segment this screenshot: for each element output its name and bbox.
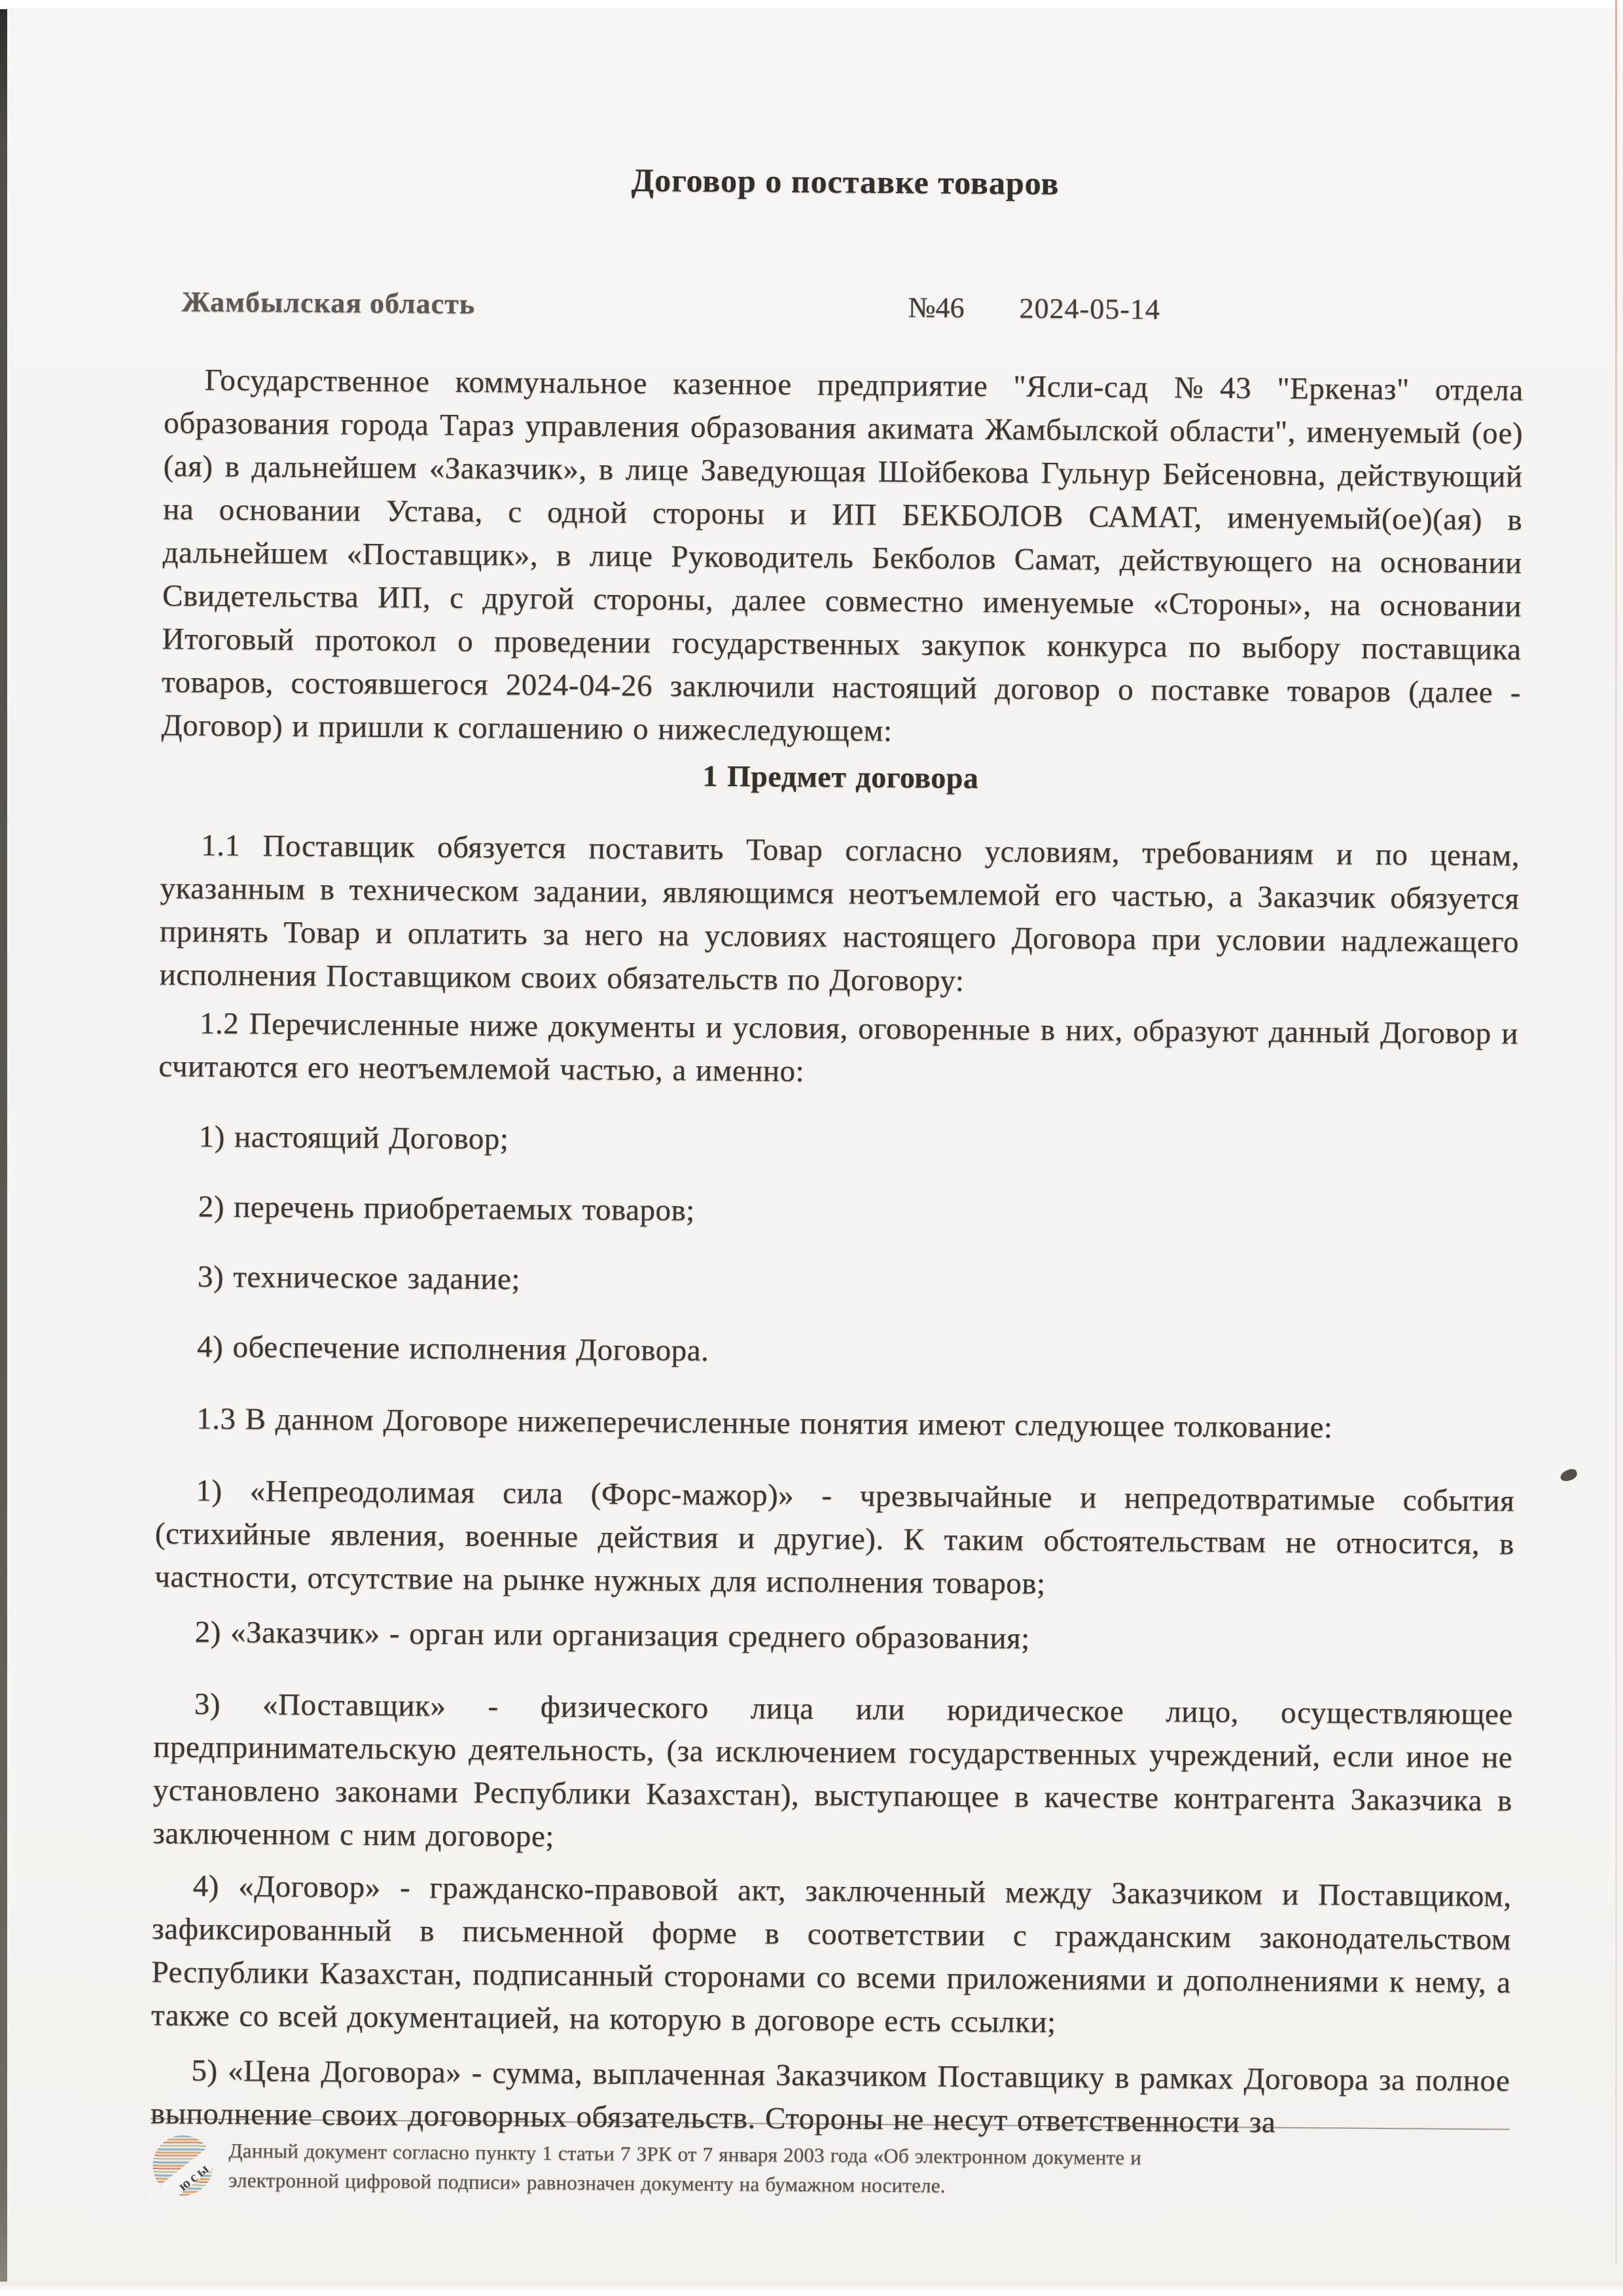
definition-item: 2) «Заказчик» - орган или организация ср… bbox=[154, 1610, 1513, 1664]
definition-item: 4) «Договор» - гражданско-правовой акт, … bbox=[151, 1864, 1512, 2047]
doc-number: №46 bbox=[908, 289, 964, 327]
documents-list-item: 1) настоящий Договор; bbox=[158, 1115, 1517, 1168]
meta-row: Жамбылская область №46 2024-05-14 bbox=[164, 283, 1524, 331]
definition-item: 3) «Поставщик» - физического лица или юр… bbox=[152, 1682, 1513, 1865]
section-1-heading: 1 Предмет договора bbox=[161, 750, 1520, 804]
scanned-contract-page: Договор о поставке товаров Жамбылская об… bbox=[0, 0, 1623, 2296]
doc-date: 2024-05-14 bbox=[1019, 290, 1160, 329]
scan-bottom-edge bbox=[0, 2282, 1623, 2296]
meta-region: Жамбылская область bbox=[181, 283, 475, 323]
intro-paragraph: Государственное коммунальное казенное пр… bbox=[161, 358, 1524, 757]
clause-1-3: 1.3 В данном Договоре нижеперечисленные … bbox=[156, 1397, 1515, 1450]
documents-list-item: 4) обеспечение исполнения Договора. bbox=[156, 1325, 1516, 1378]
document-content: Договор о поставке товаров Жамбылская об… bbox=[0, 0, 1623, 2207]
esignature-stamp-icon: юсы bbox=[152, 2135, 213, 2196]
definition-item: 1) «Непреодолимая сила (Форс-мажор)» - ч… bbox=[154, 1469, 1514, 1609]
documents-list-item: 2) перечень приобретаемых товаров; bbox=[158, 1185, 1517, 1238]
clause-1-2: 1.2 Перечисленные ниже документы и услов… bbox=[158, 1001, 1518, 1098]
page-title: Договор о поставке товаров bbox=[166, 156, 1525, 207]
footer-note: Данный документ согласно пункту 1 статьи… bbox=[228, 2136, 1191, 2202]
documents-list-item: 3) техническое задание; bbox=[157, 1255, 1516, 1308]
clause-1-1: 1.1 Поставщик обязуется поставить Товар … bbox=[159, 823, 1520, 1007]
